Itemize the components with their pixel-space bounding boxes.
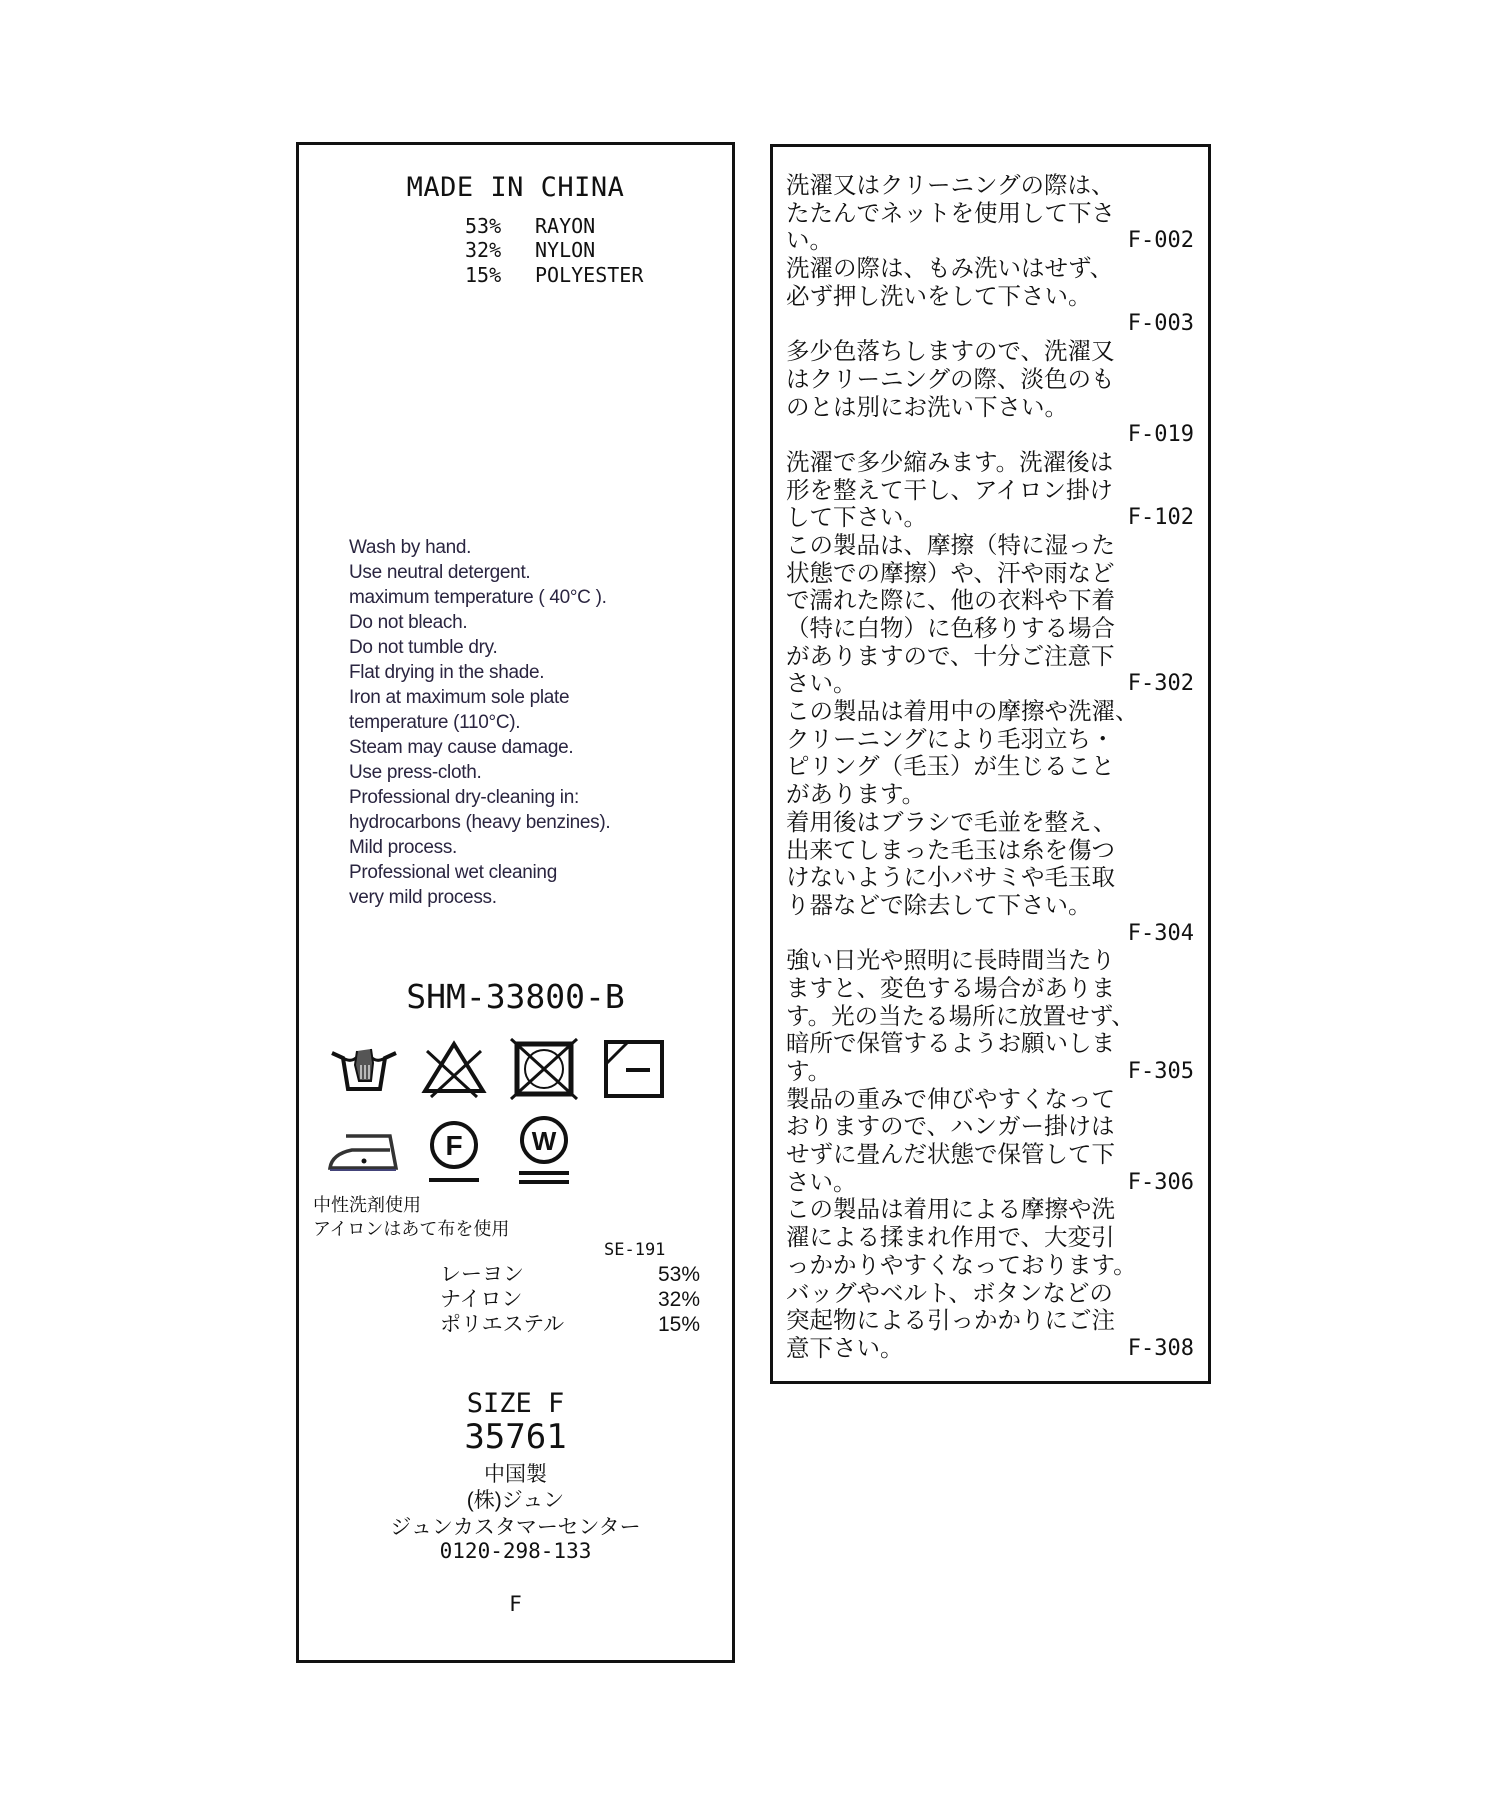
- customer-center: ジュンカスタマーセンター: [299, 1511, 732, 1541]
- composition-material: NYLON: [535, 238, 595, 262]
- jp-note-press-cloth: アイロンはあて布を使用: [313, 1217, 509, 1241]
- note-line: クリーニングにより毛羽立ち・: [786, 726, 1194, 754]
- note-line: 製品の重みで伸びやすくなって: [786, 1086, 1194, 1114]
- note-line: 出来てしまった毛玉は糸を傷つ: [786, 837, 1194, 865]
- material-percent: 53%: [658, 1262, 700, 1287]
- note-line: 洗濯又はクリーニングの際は、: [786, 172, 1194, 200]
- note-line: で濡れた際に、他の衣料や下着: [786, 587, 1194, 615]
- care-label-right: 洗濯又はクリーニングの際は、 たたんでネットを使用して下さ い。F-002 洗濯…: [770, 144, 1211, 1384]
- note-line: たたんでネットを使用して下さ: [786, 200, 1194, 228]
- note-line: 暗所で保管するようお願いしま: [786, 1030, 1194, 1058]
- note-ref: F-302: [1128, 670, 1194, 698]
- hand-wash-icon: [319, 1030, 409, 1108]
- material-name: ポリエステル: [440, 1313, 564, 1336]
- size-label: SIZE F: [299, 1388, 732, 1419]
- composition-row: 32%NYLON: [465, 238, 595, 262]
- note-line: さい。F-306: [786, 1169, 1194, 1197]
- care-line: Wash by hand.: [349, 535, 610, 560]
- iron-low-icon: [319, 1113, 409, 1191]
- care-label-left: MADE IN CHINA 53%RAYON 32%NYLON 15%POLYE…: [296, 142, 735, 1663]
- material-name: レーヨン: [440, 1263, 524, 1286]
- care-line: Do not bleach.: [349, 610, 610, 635]
- note-line: がありますので、十分ご注意下: [786, 643, 1194, 671]
- note-line: 形を整えて干し、アイロン掛け: [786, 477, 1194, 505]
- product-number: 35761: [299, 1417, 732, 1457]
- phone-number: 0120-298-133: [299, 1539, 732, 1563]
- note-line: バッグやベルト、ボタンなどの: [786, 1280, 1194, 1308]
- note-line: この製品は着用中の摩擦や洗濯、: [786, 698, 1194, 726]
- note-ref: F-019: [1128, 421, 1194, 449]
- care-line: Steam may cause damage.: [349, 735, 610, 760]
- svg-text:F: F: [445, 1130, 462, 1161]
- note-ref: F-305: [1128, 1058, 1194, 1086]
- note-line: せずに畳んだ状態で保管して下: [786, 1141, 1194, 1169]
- material-percent: 32%: [658, 1287, 700, 1312]
- material-name: ナイロン: [440, 1288, 523, 1311]
- note-line: F-304: [786, 920, 1194, 948]
- note-line: 洗濯で多少縮みます。洗濯後は: [786, 449, 1194, 477]
- note-line: り器などで除去して下さい。: [786, 892, 1194, 920]
- material-row-jp: ポリエステル 15%: [440, 1312, 700, 1337]
- care-symbols-row-1: [319, 1030, 679, 1108]
- note-line: して下さい。F-102: [786, 504, 1194, 532]
- material-row-jp: レーヨン 53%: [440, 1262, 700, 1287]
- jp-note-neutral-detergent: 中性洗剤使用: [313, 1193, 421, 1217]
- note-line: F-019: [786, 421, 1194, 449]
- care-line: Do not tumble dry.: [349, 635, 610, 660]
- care-symbols-row-2: F W: [319, 1113, 589, 1191]
- care-line: Professional dry-cleaning in:: [349, 785, 610, 810]
- note-line: はクリーニングの際、淡色のも: [786, 366, 1194, 394]
- note-line: っかかりやすくなっております。: [786, 1252, 1194, 1280]
- note-line: 洗濯の際は、もみ洗いはせず、: [786, 255, 1194, 283]
- composition-percent: 32%: [465, 238, 535, 262]
- flat-dry-shade-icon: [589, 1030, 679, 1108]
- material-percent: 15%: [658, 1312, 700, 1337]
- note-line: ますと、変色する場合がありま: [786, 975, 1194, 1003]
- note-line: （特に白物）に色移りする場合: [786, 615, 1194, 643]
- dry-clean-f-mild-icon: F: [409, 1113, 499, 1191]
- made-in-text: MADE IN CHINA: [299, 172, 732, 203]
- note-ref: F-003: [1128, 310, 1194, 338]
- se-code: SE-191: [604, 1240, 665, 1260]
- company-name: (株)ジュン: [299, 1484, 732, 1514]
- care-line: Use press-cloth.: [349, 760, 610, 785]
- care-notes-jp: 洗濯又はクリーニングの際は、 たたんでネットを使用して下さ い。F-002 洗濯…: [786, 172, 1194, 1363]
- care-line: hydrocarbons (heavy benzines).: [349, 810, 610, 835]
- svg-text:W: W: [532, 1126, 557, 1156]
- note-ref: F-306: [1128, 1169, 1194, 1197]
- note-line: 多少色落ちしますので、洗濯又: [786, 338, 1194, 366]
- composition-row: 15%POLYESTER: [465, 263, 643, 287]
- note-ref: F-308: [1128, 1335, 1194, 1363]
- note-line: 意下さい。F-308: [786, 1335, 1194, 1363]
- note-line: ピリング（毛玉）が生じること: [786, 753, 1194, 781]
- care-line: temperature (110°C).: [349, 710, 610, 735]
- care-line: Iron at maximum sole plate: [349, 685, 610, 710]
- note-line: 突起物による引っかかりにご注: [786, 1307, 1194, 1335]
- size-letter: F: [299, 1592, 732, 1616]
- care-instructions-english: Wash by hand. Use neutral detergent. max…: [349, 535, 610, 910]
- note-ref: F-304: [1128, 920, 1194, 948]
- style-code: SHM-33800-B: [299, 977, 732, 1016]
- composition-row: 53%RAYON: [465, 214, 595, 238]
- note-line: す。F-305: [786, 1058, 1194, 1086]
- note-line: さい。F-302: [786, 670, 1194, 698]
- care-line: very mild process.: [349, 885, 610, 910]
- care-line: Use neutral detergent.: [349, 560, 610, 585]
- note-line: この製品は着用による摩擦や洗: [786, 1196, 1194, 1224]
- note-line: 濯による揉まれ作用で、大変引: [786, 1224, 1194, 1252]
- care-line: maximum temperature ( 40°C ).: [349, 585, 610, 610]
- note-line: けないように小バサミや毛玉取: [786, 864, 1194, 892]
- note-ref: F-002: [1128, 227, 1194, 255]
- note-line: 着用後はブラシで毛並を整え、: [786, 809, 1194, 837]
- composition-percent: 15%: [465, 263, 535, 287]
- note-line: す。光の当たる場所に放置せず、: [786, 1003, 1194, 1031]
- note-line: この製品は、摩擦（特に湿った: [786, 532, 1194, 560]
- do-not-bleach-icon: [409, 1030, 499, 1108]
- do-not-tumble-dry-icon: [499, 1030, 589, 1108]
- care-line: Flat drying in the shade.: [349, 660, 610, 685]
- composition-percent: 53%: [465, 214, 535, 238]
- material-row-jp: ナイロン 32%: [440, 1287, 700, 1312]
- note-line: 強い日光や照明に長時間当たり: [786, 947, 1194, 975]
- note-ref: F-102: [1128, 504, 1194, 532]
- note-line: があります。: [786, 781, 1194, 809]
- wet-clean-very-mild-icon: W: [499, 1113, 589, 1191]
- composition-material: POLYESTER: [535, 263, 643, 287]
- note-line: 必ず押し洗いをして下さい。: [786, 283, 1194, 311]
- note-line: 状態での摩擦）や、汗や雨など: [786, 560, 1194, 588]
- note-line: F-003: [786, 310, 1194, 338]
- care-line: Mild process.: [349, 835, 610, 860]
- note-line: おりますので、ハンガー掛けは: [786, 1113, 1194, 1141]
- note-line: のとは別にお洗い下さい。: [786, 394, 1194, 422]
- note-line: い。F-002: [786, 227, 1194, 255]
- composition-material: RAYON: [535, 214, 595, 238]
- care-line: Professional wet cleaning: [349, 860, 610, 885]
